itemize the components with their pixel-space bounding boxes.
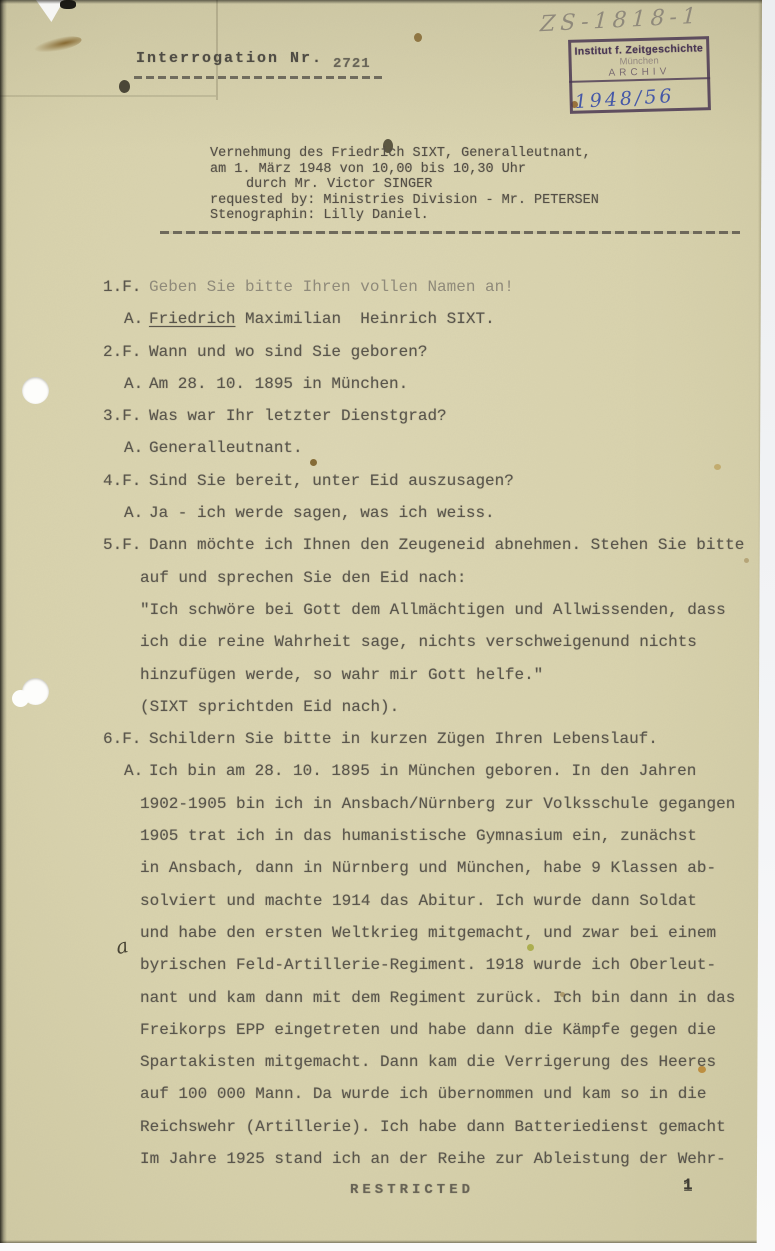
transcript-line: ich die reine Wahrheit sage, nichts vers…	[103, 633, 744, 665]
line-text: Freikorps EPP eingetreten und habe dann …	[140, 1021, 716, 1039]
line-text: Friedrich Maximilian Heinrich SIXT.	[149, 310, 495, 328]
line-marker: 5.F.	[103, 536, 149, 554]
line-text: ich die reine Wahrheit sage, nichts vers…	[140, 633, 697, 651]
line-text: Ja - ich werde sagen, was ich weiss.	[149, 504, 495, 522]
line-text: auf 100 000 Mann. Da wurde ich übernomme…	[140, 1085, 707, 1103]
line-text: Geben Sie bitte Ihren vollen Namen an!	[149, 278, 514, 296]
page-number: 1	[683, 1176, 693, 1194]
underlined-word: Friedrich	[149, 310, 235, 328]
transcript-line: 5.F.Dann möchte ich Ihnen den Zeugeneid …	[103, 536, 744, 568]
line-text: auf und sprechen Sie den Eid nach:	[140, 569, 466, 587]
transcript-line: Freikorps EPP eingetreten und habe dann …	[103, 1021, 744, 1053]
stain	[119, 80, 130, 93]
header-line: requested by: Ministries Division - Mr. …	[210, 193, 599, 209]
line-marker: 1.F.	[103, 278, 149, 296]
transcript-line: (SIXT sprichtden Eid nach).	[103, 698, 744, 730]
scan-edge	[0, 0, 762, 4]
line-text: Ich bin am 28. 10. 1895 in München gebor…	[149, 762, 696, 780]
line-text: Spartakisten mitgemacht. Dann kam die Ve…	[140, 1053, 716, 1071]
scan-edge	[0, 1240, 762, 1243]
title-number: 2721	[333, 56, 371, 72]
transcript-line: solviert und machte 1914 das Abitur. Ich…	[103, 892, 744, 924]
line-marker: 6.F.	[103, 730, 149, 748]
transcript-line: 2.F.Wann und wo sind Sie geboren?	[103, 343, 744, 375]
transcript-line: 1.F.Geben Sie bitte Ihren vollen Namen a…	[103, 278, 744, 310]
stain	[414, 33, 422, 42]
line-text: Was war Ihr letzter Dienstgrad?	[149, 407, 447, 425]
line-marker: A.	[124, 504, 149, 522]
line-text: hinzufügen werde, so wahr mir Gott helfe…	[140, 666, 543, 684]
line-text: Im Jahre 1925 stand ich an der Reihe zur…	[140, 1150, 726, 1168]
transcript-line: Im Jahre 1925 stand ich an der Reihe zur…	[103, 1150, 744, 1182]
transcript-line: 1902-1905 bin ich in Ansbach/Nürnberg zu…	[103, 795, 744, 827]
line-text: 1902-1905 bin ich in Ansbach/Nürnberg zu…	[140, 795, 735, 813]
line-text: Generalleutnant.	[149, 439, 303, 457]
transcript-line: byrischen Feld-Artillerie-Regiment. 1918…	[103, 956, 744, 988]
line-text: 1905 trat ich in das humanistische Gymna…	[140, 827, 697, 845]
archive-stamp: Institut f. Zeitgeschichte München ARCHI…	[568, 36, 711, 114]
header-divider-rule	[160, 231, 740, 234]
line-text: Schildern Sie bitte in kurzen Zügen Ihre…	[149, 730, 658, 748]
transcript-line: A.Generalleutnant.	[103, 439, 744, 471]
classification-marking: RESTRICTED	[350, 1182, 474, 1198]
transcript-line: und habe den ersten Weltkrieg mitgemacht…	[103, 924, 744, 956]
line-marker: A.	[124, 439, 149, 457]
transcript-line: A.Am 28. 10. 1895 in München.	[103, 375, 744, 407]
line-text: Reichswehr (Artillerie). Ich habe dann B…	[140, 1118, 726, 1136]
transcript-line: A.Ich bin am 28. 10. 1895 in München geb…	[103, 762, 744, 794]
line-marker: 3.F.	[103, 407, 149, 425]
scanned-page-canvas: ZS-1818-1 Institut f. Zeitgeschichte Mün…	[0, 0, 775, 1251]
line-text: Dann möchte ich Ihnen den Zeugeneid abne…	[149, 536, 744, 554]
hole-punch	[22, 377, 49, 404]
line-text: solviert und machte 1914 das Abitur. Ich…	[140, 892, 697, 910]
transcript-line: 6.F.Schildern Sie bitte in kurzen Zügen …	[103, 730, 744, 762]
transcript-line: Reichswehr (Artillerie). Ich habe dann B…	[103, 1118, 744, 1150]
header-line: Vernehmung des Friedrich SIXT, Generalle…	[210, 146, 599, 162]
transcript-line: 4.F.Sind Sie bereit, unter Eid auszusage…	[103, 472, 744, 504]
line-marker: A.	[124, 762, 149, 780]
transcript-line: "Ich schwöre bei Gott dem Allmächtigen u…	[103, 601, 744, 633]
line-text: nant und kam dann mit dem Regiment zurüc…	[140, 989, 735, 1007]
line-text: in Ansbach, dann in Nürnberg und München…	[140, 859, 716, 877]
transcript-line: hinzufügen werde, so wahr mir Gott helfe…	[103, 666, 744, 698]
line-marker: A.	[124, 375, 149, 393]
stamp-number-handwritten: 1948/56	[568, 82, 717, 113]
transcript-line: auf und sprechen Sie den Eid nach:	[103, 569, 744, 601]
transcript-line: A.Ja - ich werde sagen, was ich weiss.	[103, 504, 744, 536]
line-text: Am 28. 10. 1895 in München.	[149, 375, 408, 393]
title-underline	[134, 76, 386, 79]
scan-edge	[0, 0, 7, 1243]
line-marker: 2.F.	[103, 343, 149, 361]
line-text: "Ich schwöre bei Gott dem Allmächtigen u…	[140, 601, 726, 619]
stain	[744, 558, 749, 563]
transcript-line: in Ansbach, dann in Nürnberg und München…	[103, 859, 744, 891]
line-marker: A.	[124, 310, 149, 328]
document-title: Interrogation Nr.2721	[136, 50, 371, 67]
header-line: durch Mr. Victor SINGER	[210, 177, 599, 193]
line-text: (SIXT sprichtden Eid nach).	[140, 698, 399, 716]
line-text: und habe den ersten Weltkrieg mitgemacht…	[140, 924, 716, 942]
transcript-line: A.Friedrich Maximilian Heinrich SIXT.	[103, 310, 744, 342]
session-header: Vernehmung des Friedrich SIXT, Generalle…	[210, 146, 599, 224]
line-text: byrischen Feld-Artillerie-Regiment. 1918…	[140, 956, 716, 974]
fold-crease-horizontal	[0, 95, 216, 97]
transcript: 1.F.Geben Sie bitte Ihren vollen Namen a…	[103, 278, 744, 1182]
scan-edge	[758, 0, 762, 1243]
header-line: Stenographin: Lilly Daniel.	[210, 208, 599, 224]
header-line: am 1. März 1948 von 10,00 bis 10,30 Uhr	[210, 162, 599, 178]
transcript-line: 1905 trat ich in das humanistische Gymna…	[103, 827, 744, 859]
line-text: Wann und wo sind Sie geboren?	[149, 343, 427, 361]
line-marker: 4.F.	[103, 472, 149, 490]
title-text: Interrogation Nr.	[136, 50, 323, 67]
transcript-line: auf 100 000 Mann. Da wurde ich übernomme…	[103, 1085, 744, 1117]
transcript-line: nant und kam dann mit dem Regiment zurüc…	[103, 989, 744, 1021]
hole-punch	[12, 690, 29, 707]
line-text: Sind Sie bereit, unter Eid auszusagen?	[149, 472, 514, 490]
transcript-line: Spartakisten mitgemacht. Dann kam die Ve…	[103, 1053, 744, 1085]
transcript-line: 3.F.Was war Ihr letzter Dienstgrad?	[103, 407, 744, 439]
document-paper: ZS-1818-1 Institut f. Zeitgeschichte Mün…	[0, 0, 762, 1243]
